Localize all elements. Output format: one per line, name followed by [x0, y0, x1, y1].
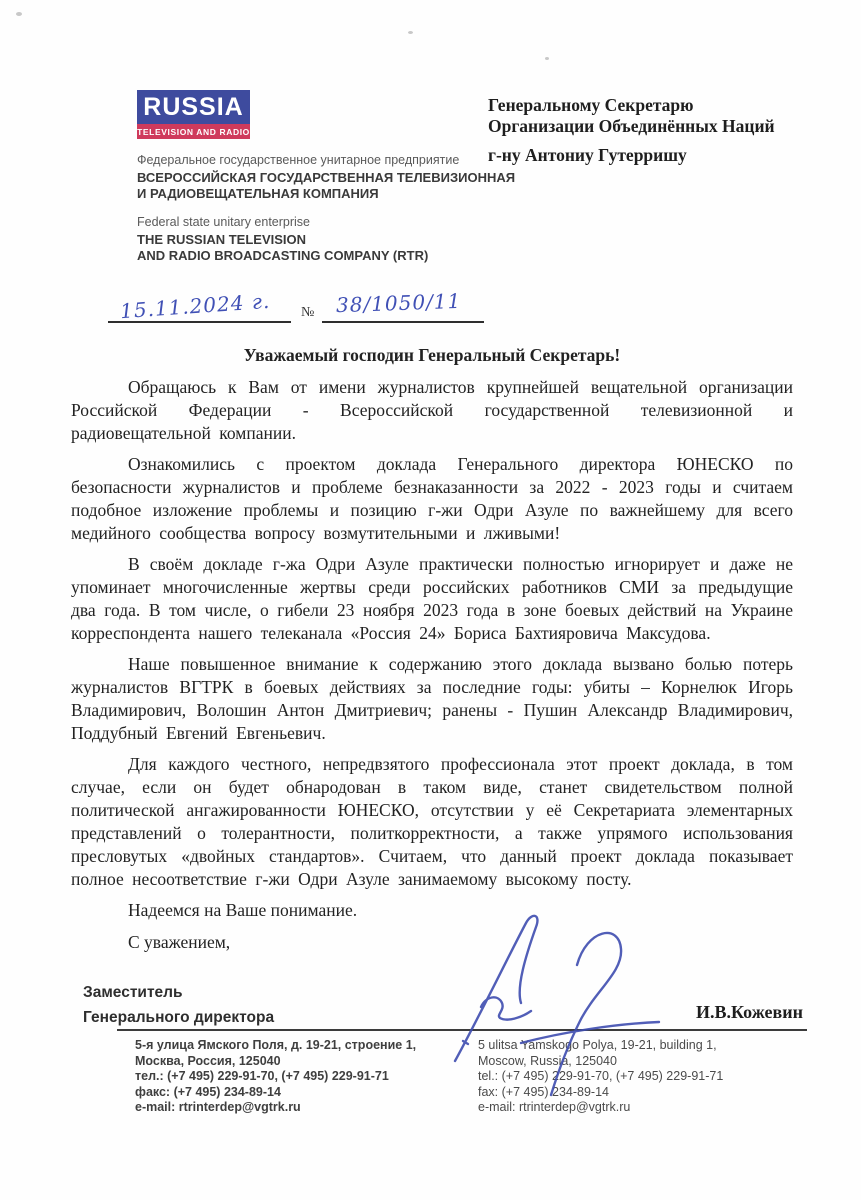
- signer-title-line1: Заместитель: [83, 980, 274, 1005]
- contact-block-russian: 5-я улица Ямского Поля, д. 19-21, строен…: [135, 1038, 465, 1116]
- paragraph-1: Обращаюсь к Вам от имени журналистов кру…: [71, 376, 793, 445]
- company-name-ru-line1: ВСЕРОССИЙСКАЯ ГОСУДАРСТВЕННАЯ ТЕЛЕВИЗИОН…: [137, 170, 515, 186]
- rtr-logo: RUSSIA TELEVISION AND RADIO: [137, 90, 250, 139]
- fax-ru: факс: (+7 495) 234-89-14: [135, 1085, 465, 1101]
- signer-title-line2: Генерального директора: [83, 1005, 274, 1030]
- company-type-ru: Федеральное государственное унитарное пр…: [137, 153, 515, 167]
- company-name-russian: Федеральное государственное унитарное пр…: [137, 153, 515, 202]
- addressee-person: г-ну Антониу Гутерришу: [488, 145, 775, 166]
- handwritten-date: 15.11.2024 г.: [119, 289, 271, 323]
- scan-speck: [408, 31, 413, 34]
- address-ru-line2: Москва, Россия, 125040: [135, 1054, 465, 1070]
- company-name-en-line1: THE RUSSIAN TELEVISION: [137, 232, 428, 248]
- paragraph-4: Наше повышенное внимание к содержанию эт…: [71, 653, 793, 745]
- handwritten-signature-icon: [425, 903, 665, 1103]
- company-name-en-line2: AND RADIO BROADCASTING COMPANY (RTR): [137, 248, 428, 264]
- scan-speck: [545, 57, 549, 60]
- address-ru-line1: 5-я улица Ямского Поля, д. 19-21, строен…: [135, 1038, 465, 1054]
- scan-speck: [16, 12, 22, 16]
- addressee-organization: Организации Объединённых Наций: [488, 116, 775, 137]
- signer-title: Заместитель Генерального директора: [83, 980, 274, 1030]
- addressee-block: Генеральному Секретарю Организации Объед…: [488, 95, 775, 166]
- scanned-letter-page: RUSSIA TELEVISION AND RADIO Федеральное …: [0, 0, 861, 1200]
- company-name-ru-line2: И РАДИОВЕЩАТЕЛЬНАЯ КОМПАНИЯ: [137, 186, 515, 202]
- logo-subtitle: TELEVISION AND RADIO: [137, 124, 250, 139]
- letter-body: Уважаемый господин Генеральный Секретарь…: [71, 345, 793, 954]
- number-underline: [322, 321, 484, 323]
- company-name-english: Federal state unitary enterprise THE RUS…: [137, 215, 428, 264]
- company-type-en: Federal state unitary enterprise: [137, 215, 428, 229]
- email-ru: e-mail: rtrinterdep@vgtrk.ru: [135, 1100, 465, 1116]
- date-underline: [108, 321, 291, 323]
- paragraph-3: В своём докладе г-жа Одри Азуле практиче…: [71, 553, 793, 645]
- paragraph-2: Ознакомились с проектом доклада Генераль…: [71, 453, 793, 545]
- logo-title: RUSSIA: [137, 90, 250, 124]
- number-sign: №: [301, 305, 314, 321]
- signer-name: И.В.Кожевин: [696, 1002, 803, 1023]
- salutation: Уважаемый господин Генеральный Секретарь…: [71, 345, 793, 366]
- handwritten-outgoing-number: 38/1050/11: [336, 289, 462, 317]
- phone-ru: тел.: (+7 495) 229-91-70, (+7 495) 229-9…: [135, 1069, 465, 1085]
- addressee-title: Генеральному Секретарю: [488, 95, 775, 116]
- paragraph-5: Для каждого честного, непредвзятого проф…: [71, 753, 793, 891]
